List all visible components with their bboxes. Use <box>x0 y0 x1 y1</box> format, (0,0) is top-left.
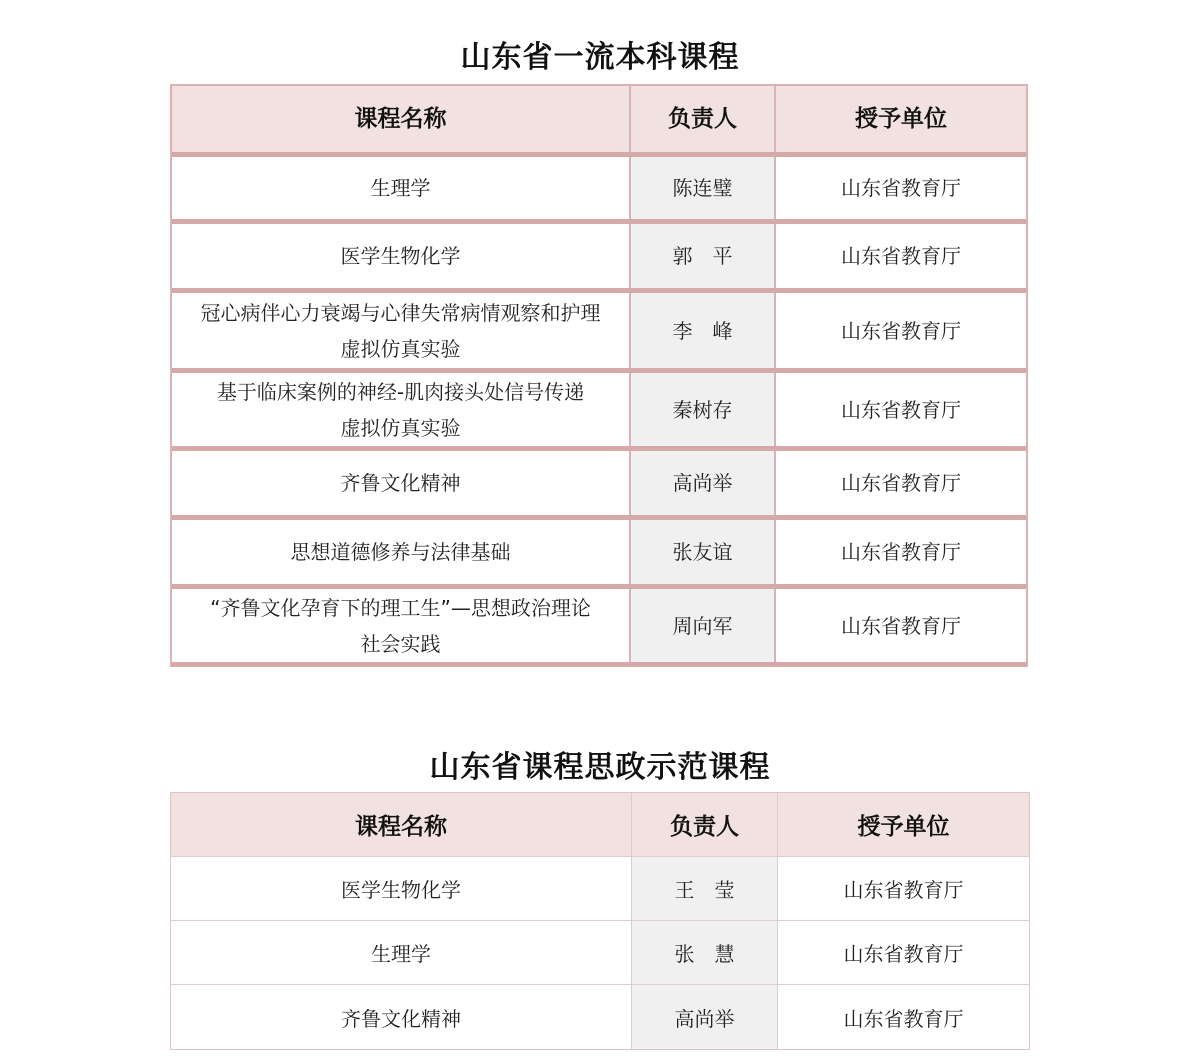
awarding-unit: 山东省教育厅 <box>776 224 1026 288</box>
course-lead: 陈连璧 <box>631 157 776 219</box>
table-row: 生理学 张 慧 山东省教育厅 <box>171 921 1029 985</box>
course-name: “齐鲁文化孕育下的理工生”—思想政治理论 社会实践 <box>172 589 631 662</box>
course-name: 齐鲁文化精神 <box>171 985 632 1049</box>
header-unit: 授予单位 <box>778 793 1029 856</box>
table-row: 冠心病伴心力衰竭与心律失常病情观察和护理 虚拟仿真实验 李 峰 山东省教育厅 <box>172 293 1026 373</box>
course-name: 基于临床案例的神经-肌肉接头处信号传递 虚拟仿真实验 <box>172 373 631 446</box>
section-title-first-class-courses: 山东省一流本科课程 <box>0 32 1200 76</box>
awarding-unit: 山东省教育厅 <box>776 451 1026 515</box>
awarding-unit: 山东省教育厅 <box>778 857 1029 920</box>
course-lead: 郭 平 <box>631 224 776 288</box>
table-row: 基于临床案例的神经-肌肉接头处信号传递 虚拟仿真实验 秦树存 山东省教育厅 <box>172 373 1026 451</box>
table-row: 齐鲁文化精神 高尚举 山东省教育厅 <box>171 985 1029 1049</box>
course-name: 生理学 <box>172 157 631 219</box>
awarding-unit: 山东省教育厅 <box>776 293 1026 368</box>
table-row: 医学生物化学 王 莹 山东省教育厅 <box>171 857 1029 921</box>
first-class-courses-table: 课程名称 负责人 授予单位 生理学 陈连璧 山东省教育厅 医学生物化学 郭 平 … <box>170 84 1028 667</box>
course-lead: 高尚举 <box>631 451 776 515</box>
course-name: 冠心病伴心力衰竭与心律失常病情观察和护理 虚拟仿真实验 <box>172 293 631 368</box>
table-row: 思想道德修养与法律基础 张友谊 山东省教育厅 <box>172 520 1026 589</box>
course-lead: 高尚举 <box>632 985 778 1049</box>
awarding-unit: 山东省教育厅 <box>776 157 1026 219</box>
course-lead: 李 峰 <box>631 293 776 368</box>
table-row: 齐鲁文化精神 高尚举 山东省教育厅 <box>172 451 1026 520</box>
course-name: 思想道德修养与法律基础 <box>172 520 631 584</box>
course-lead: 张友谊 <box>631 520 776 584</box>
course-name: 医学生物化学 <box>172 224 631 288</box>
table-row: “齐鲁文化孕育下的理工生”—思想政治理论 社会实践 周向军 山东省教育厅 <box>172 589 1026 667</box>
table-header-row: 课程名称 负责人 授予单位 <box>172 86 1026 157</box>
course-name: 医学生物化学 <box>171 857 632 920</box>
course-lead: 周向军 <box>631 589 776 662</box>
course-name: 齐鲁文化精神 <box>172 451 631 515</box>
section-title-ideological-courses: 山东省课程思政示范课程 <box>0 742 1200 786</box>
table-header-row: 课程名称 负责人 授予单位 <box>171 793 1029 857</box>
course-lead: 张 慧 <box>632 921 778 984</box>
course-name: 生理学 <box>171 921 632 984</box>
awarding-unit: 山东省教育厅 <box>776 520 1026 584</box>
header-course-name: 课程名称 <box>172 86 631 152</box>
awarding-unit: 山东省教育厅 <box>778 985 1029 1049</box>
header-lead: 负责人 <box>632 793 778 856</box>
header-course-name: 课程名称 <box>171 793 632 856</box>
awarding-unit: 山东省教育厅 <box>776 589 1026 662</box>
ideological-courses-table: 课程名称 负责人 授予单位 医学生物化学 王 莹 山东省教育厅 生理学 张 慧 … <box>170 792 1030 1050</box>
header-lead: 负责人 <box>631 86 776 152</box>
course-lead: 王 莹 <box>632 857 778 920</box>
table-row: 生理学 陈连璧 山东省教育厅 <box>172 157 1026 224</box>
table-row: 医学生物化学 郭 平 山东省教育厅 <box>172 224 1026 293</box>
header-unit: 授予单位 <box>776 86 1026 152</box>
course-lead: 秦树存 <box>631 373 776 446</box>
awarding-unit: 山东省教育厅 <box>778 921 1029 984</box>
awarding-unit: 山东省教育厅 <box>776 373 1026 446</box>
